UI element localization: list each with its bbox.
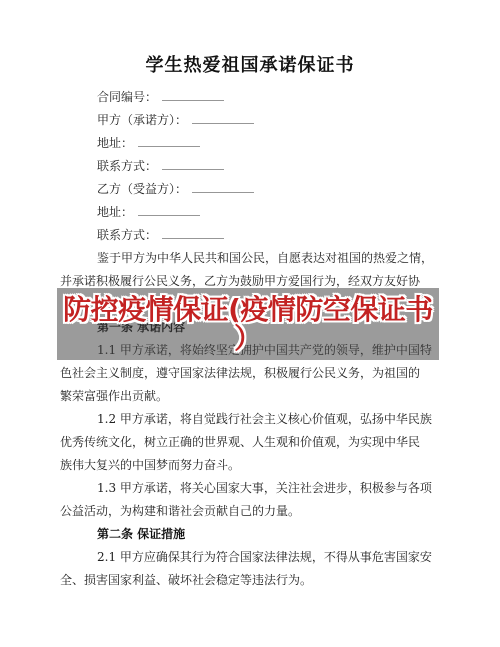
contract-fields: 合同编号： 甲方（承诺方）： 地址： 联系方式： 乙方（受益方）： 地址： 联系… <box>97 86 500 247</box>
field-row-contact-a: 联系方式： <box>97 155 500 178</box>
watermark-text-line2: ） <box>234 324 262 354</box>
field-label: 地址： <box>97 136 133 150</box>
field-row-address-a: 地址： <box>97 132 500 155</box>
clause-1-3-line: 公益活动，为构建和谐社会贡献自己的力量。 <box>60 500 424 523</box>
field-label: 联系方式： <box>97 228 157 242</box>
field-label: 甲方（承诺方）： <box>97 113 187 127</box>
document-page: 学生热爱祖国承诺保证书 合同编号： 甲方（承诺方）： 地址： 联系方式： 乙方（… <box>0 0 500 647</box>
section-2-heading: 第二条 保证措施 <box>60 523 424 546</box>
clause-1-1-line: 繁荣富强作出贡献。 <box>60 385 424 408</box>
field-row-party-a: 甲方（承诺方）： <box>97 109 500 132</box>
clause-1-3-line: 1.3 甲方承诺，将关心国家大事，关注社会进步，积极参与各项 <box>60 477 424 500</box>
clause-2-1-line: 2.1 甲方应确保其行为符合国家法律法规，不得从事危害国家安 <box>60 546 424 569</box>
field-row-address-b: 地址： <box>97 201 500 224</box>
clause-1-1-line: 色社会主义制度，遵守国家法律法规，积极履行公民义务，为祖国的 <box>60 362 424 385</box>
field-row-party-b: 乙方（受益方）： <box>97 178 500 201</box>
intro-line: 鉴于甲方为中华人民共和国公民，自愿表达对祖国的热爱之情， <box>60 247 424 270</box>
fill-in-blank-line <box>162 87 224 101</box>
fill-in-blank-line <box>192 179 254 193</box>
field-row-contact-b: 联系方式： <box>97 224 500 247</box>
clause-1-2-line: 族伟大复兴的中国梦而努力奋斗。 <box>60 454 424 477</box>
fill-in-blank-line <box>138 133 200 147</box>
field-label: 合同编号： <box>97 90 157 104</box>
fill-in-blank-line <box>162 225 224 239</box>
fill-in-blank-line <box>162 156 224 170</box>
clause-1-2-line: 优秀传统文化，树立正确的世界观、人生观和价值观，为实现中华民 <box>60 431 424 454</box>
fill-in-blank-line <box>138 202 200 216</box>
fill-in-blank-line <box>192 110 254 124</box>
field-label: 联系方式： <box>97 159 157 173</box>
watermark-band: 防控疫情保证(疫情防空保证书 ） <box>57 288 439 360</box>
field-label: 地址： <box>97 205 133 219</box>
document-title: 学生热爱祖国承诺保证书 <box>0 0 500 78</box>
field-row-contract-number: 合同编号： <box>97 86 500 109</box>
field-label: 乙方（受益方）： <box>97 182 187 196</box>
clause-1-2-line: 1.2 甲方承诺，将自觉践行社会主义核心价值观，弘扬中华民族 <box>60 408 424 431</box>
clause-2-1-line: 全、损害国家利益、破坏社会稳定等违法行为。 <box>60 569 424 592</box>
